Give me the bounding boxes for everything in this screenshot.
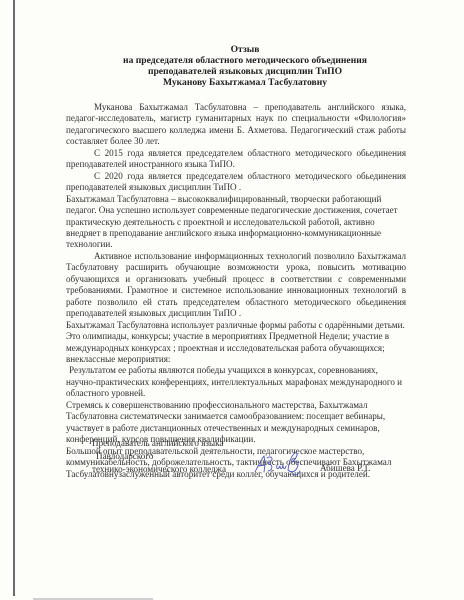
paragraph-gifted-students: Бахытжамал Тасбулатовна использует разли… <box>66 320 406 366</box>
document-header: Отзыв на председателя областного методич… <box>84 44 406 88</box>
handwritten-signature-icon <box>252 448 308 478</box>
paragraph-results: Результатом ее работы являются победы уч… <box>66 365 406 399</box>
paragraph-2015: С 2015 года является председателем облас… <box>66 148 406 171</box>
signature-block: Преподаватель английского языка Павлодар… <box>92 437 226 476</box>
header-group-line: преподавателей языковых дисциплин ТиПО <box>84 66 406 77</box>
document-title: Отзыв <box>84 44 406 55</box>
letter-page: Отзыв на председателя областного методич… <box>66 44 406 480</box>
paragraph-qualification: Бахытжамал Тасбулатовна – высококвалифиц… <box>66 194 406 251</box>
signer-name: Абишева Р.Т. <box>320 463 370 473</box>
paragraph-it-usage: Активное использование информационных те… <box>66 251 406 320</box>
signer-position: Преподаватель английского языка <box>92 437 226 450</box>
paragraph-2020: С 2020 года является председателем облас… <box>66 171 406 194</box>
scan-page-edge <box>13 0 15 596</box>
paragraph-intro: Муканова Бахытжамал Тасбулатовна – препо… <box>66 102 406 148</box>
document-body: Муканова Бахытжамал Тасбулатовна – препо… <box>66 102 406 480</box>
header-subject-line: на председателя областного методического… <box>84 55 406 66</box>
signer-institution-line1: Павлодарского <box>92 450 226 463</box>
signer-institution-line2: технико-экономического колледжа <box>92 463 226 476</box>
header-person-name: Муканову Бахытжамал Тасбулатовну <box>84 77 406 88</box>
